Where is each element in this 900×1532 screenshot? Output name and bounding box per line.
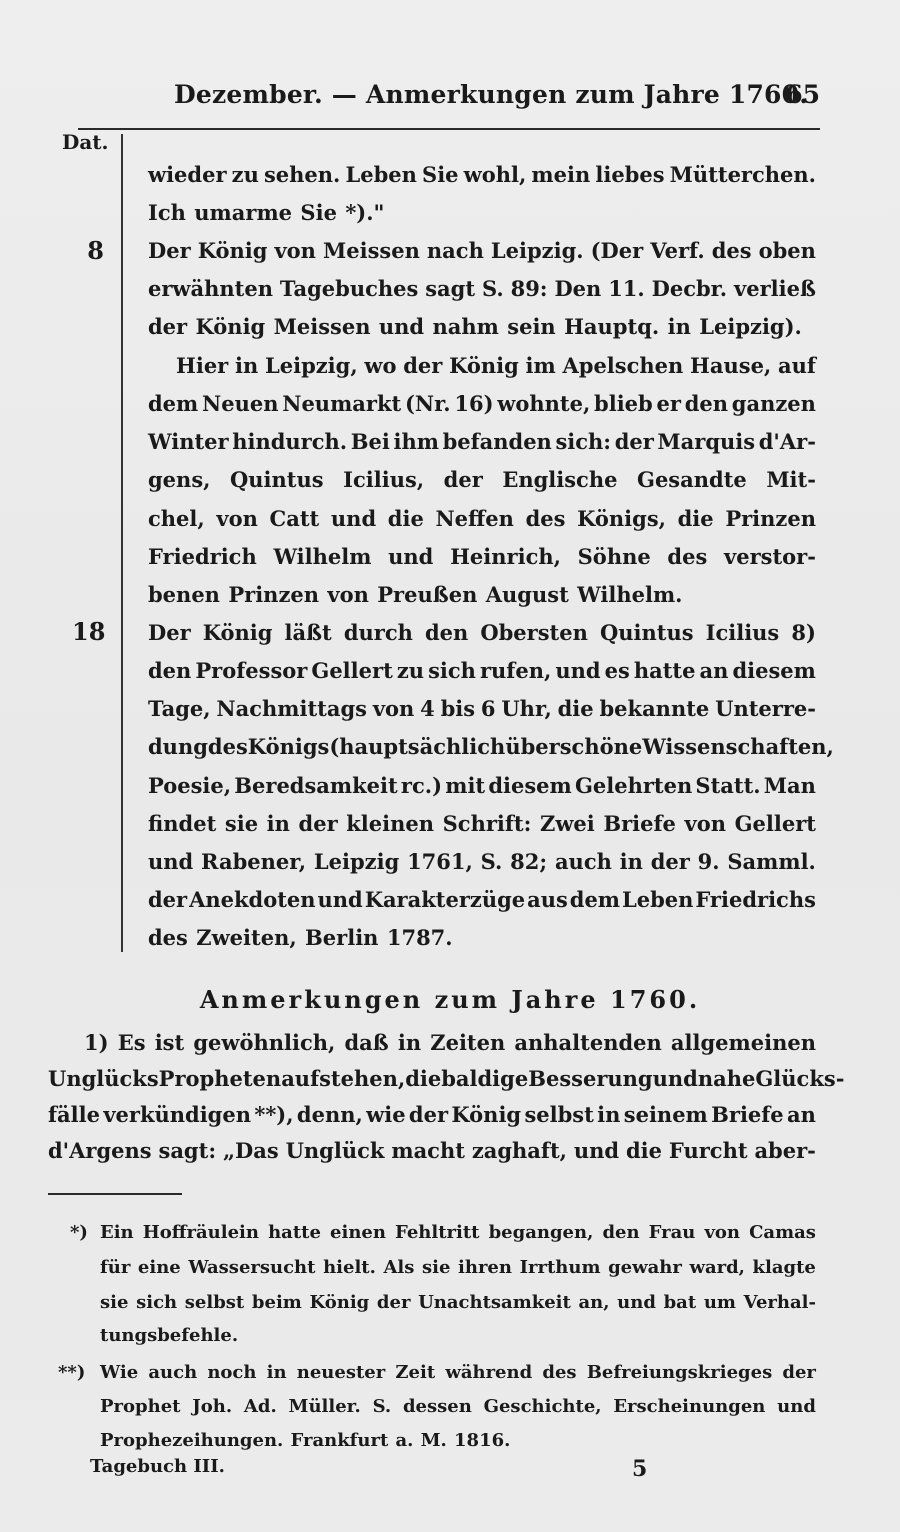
word: findet — [148, 811, 216, 836]
word: hatte — [268, 1222, 321, 1243]
word: sich: — [555, 429, 611, 454]
word: von — [327, 582, 368, 607]
text-line: demNeuenNeumarkt(Nr.16)wohnte,blieberden… — [148, 391, 816, 427]
word: König — [203, 620, 273, 645]
word: König — [451, 1102, 521, 1127]
word: hindurch. — [232, 429, 347, 454]
word: Winter — [148, 429, 229, 454]
word: Meissen — [323, 238, 420, 263]
word: und — [318, 887, 363, 912]
word: Müller. — [289, 1396, 361, 1417]
word: wohnte, — [497, 391, 590, 416]
word: Friedrich — [148, 544, 257, 569]
word: Verhal- — [744, 1292, 816, 1313]
header-rule — [78, 128, 820, 130]
word: Briefe — [603, 811, 676, 836]
word: diesem — [488, 773, 571, 798]
word: und — [777, 1396, 816, 1417]
word: Briefe — [711, 1102, 784, 1127]
word: gewahr — [608, 1257, 682, 1278]
word: rc.) — [401, 773, 442, 798]
word: Prophezeihungen. — [100, 1430, 283, 1451]
word: Sie — [300, 200, 337, 225]
word: an, — [578, 1292, 609, 1313]
footnote-line: ProphetJoh.Ad.Müller.S.dessenGeschichte,… — [100, 1396, 816, 1426]
word: verkündigen — [103, 1102, 251, 1127]
word: der — [651, 849, 690, 874]
word: sie — [100, 1292, 128, 1313]
word: Hoffräulein — [143, 1222, 259, 1243]
footnote-line: tungsbefehle. — [100, 1325, 816, 1355]
word: noch — [207, 1362, 256, 1383]
word: und — [555, 658, 600, 683]
text-line: wiederzusehen.LebenSiewohl,meinliebesMüt… — [148, 162, 816, 198]
text-line: benenPrinzenvonPreußenAugustWilhelm. — [148, 582, 816, 618]
section-title: Anmerkungen zum Jahre 1760. — [0, 985, 900, 1014]
word: den — [685, 391, 728, 416]
word: 16) — [454, 391, 493, 416]
word: sehen. — [264, 162, 340, 187]
word: seinem — [624, 1102, 708, 1127]
word: bat — [664, 1292, 697, 1313]
word: Gellert — [735, 811, 816, 836]
word: allgemeinen — [671, 1030, 816, 1055]
word: Preußen — [377, 582, 477, 607]
word: ward, — [689, 1257, 745, 1278]
word: der — [782, 1362, 816, 1383]
word: Hauptq. — [564, 314, 659, 339]
word: nahe — [698, 1066, 756, 1091]
word: (Der — [591, 238, 644, 263]
word: Tage, — [148, 696, 211, 721]
word: Poesie, — [148, 773, 231, 798]
word: diesem — [732, 658, 815, 683]
word: auch — [148, 1362, 197, 1383]
word: die — [388, 506, 424, 531]
word: Leben — [622, 887, 693, 912]
word: hielt. — [323, 1257, 376, 1278]
word: in — [235, 353, 258, 378]
word: und — [148, 849, 193, 874]
word: d'Argens — [48, 1138, 152, 1163]
word: der — [409, 1102, 448, 1127]
word: Schrift: — [443, 811, 532, 836]
word: Wissenschaften, — [642, 734, 834, 759]
word: Berlin — [305, 925, 378, 950]
word: für — [100, 1257, 130, 1278]
word: Befreiungskrieges — [587, 1362, 773, 1383]
word: rufen, — [480, 658, 551, 683]
word: Hier — [176, 353, 228, 378]
text-line: FriedrichWilhelmundHeinrich,Söhnedesvers… — [148, 544, 816, 580]
word: Anekdoten — [189, 887, 316, 912]
word: Tagebuches — [280, 276, 418, 301]
word: beim — [252, 1292, 302, 1313]
word: Joh. — [192, 1396, 232, 1417]
word: von — [274, 238, 315, 263]
word: 82; — [510, 849, 547, 874]
word: Prinzen — [725, 506, 816, 531]
word: Decbr. — [652, 276, 728, 301]
word: aus — [527, 887, 568, 912]
word: Obersten — [480, 620, 588, 645]
printer-signature: Tagebuch III. — [90, 1456, 225, 1477]
word: läßt — [285, 620, 332, 645]
word: gens, — [148, 467, 210, 492]
word: nahm — [433, 314, 499, 339]
word: Zwei — [540, 811, 595, 836]
word: wie — [366, 1102, 405, 1127]
word: Ein — [100, 1222, 134, 1243]
word: erwähnten — [148, 276, 273, 301]
word: tungsbefehle. — [100, 1325, 238, 1346]
word: der — [377, 1292, 411, 1313]
word: Der — [148, 238, 191, 263]
word: mit — [445, 773, 485, 798]
text-line: desZweiten,Berlin1787. — [148, 925, 816, 961]
word: sie — [422, 1257, 450, 1278]
word: Wassersucht — [188, 1257, 315, 1278]
word: die — [678, 506, 714, 531]
word: Frau — [649, 1222, 696, 1243]
word: Leben — [345, 162, 416, 187]
date-column-label: Dat. — [62, 130, 109, 154]
word: Quintus — [600, 620, 694, 645]
word: „Das — [223, 1138, 279, 1163]
text-line: Poesie,Beredsamkeitrc.)mitdiesemGelehrte… — [148, 773, 816, 809]
word: Verf. — [650, 238, 704, 263]
word: auf — [778, 353, 816, 378]
word: Ich — [148, 200, 186, 225]
footnote-line: EinHoffräuleinhatteeinenFehltrittbegange… — [100, 1222, 816, 1252]
word: Mütterchen. — [670, 162, 816, 187]
word: von — [373, 696, 414, 721]
word: macht — [391, 1138, 465, 1163]
text-line: 1)Esistgewöhnlich,daßinZeitenanhaltenden… — [84, 1030, 816, 1066]
word: selbst — [524, 1102, 593, 1127]
word: während — [445, 1362, 532, 1383]
word: Irrthum — [520, 1257, 601, 1278]
word: verließ — [734, 276, 816, 301]
word: Söhne — [578, 544, 651, 569]
text-line: Tage,Nachmittagsvon4bis6Uhr,diebekannteU… — [148, 696, 816, 732]
text-line: DerKönigläßtdurchdenOberstenQuintusIcili… — [148, 620, 816, 656]
word: begangen, — [489, 1222, 594, 1243]
signature-number: 5 — [632, 1456, 647, 1482]
word: Gelehrten — [575, 773, 692, 798]
word: Friedrichs — [695, 887, 816, 912]
word: an — [700, 658, 729, 683]
entry-date: 18 — [72, 617, 104, 646]
word: von — [704, 1222, 740, 1243]
word: liebes — [595, 162, 664, 187]
word: Samml. — [727, 849, 816, 874]
word: ihren — [458, 1257, 512, 1278]
word: dem — [148, 391, 198, 416]
word: Als — [383, 1257, 414, 1278]
text-line: HierinLeipzig,woderKönigimApelschenHause… — [176, 353, 816, 389]
footnote-line: WieauchnochinneuesterZeitwährenddesBefre… — [100, 1362, 816, 1392]
word: dem — [570, 887, 620, 912]
entry-date: 8 — [72, 236, 104, 265]
word: Fehltritt — [395, 1222, 479, 1243]
text-line: UnglücksProphetenaufstehen,diebaldigeBes… — [48, 1066, 816, 1102]
word: Gesandte — [637, 467, 747, 492]
word: denn, — [297, 1102, 363, 1127]
word: wo — [364, 353, 396, 378]
word: neuester — [297, 1362, 385, 1383]
word: und — [617, 1292, 656, 1313]
word: Unglück — [286, 1138, 385, 1163]
word: im — [526, 353, 556, 378]
word: **), — [254, 1102, 293, 1127]
word: verstor- — [724, 544, 816, 569]
word: Zeiten — [430, 1030, 505, 1055]
word: die — [405, 1066, 441, 1091]
word: in — [267, 1362, 287, 1383]
word: Icilius — [706, 620, 780, 645]
word: zu — [397, 658, 424, 683]
running-title: Dezember. — Anmerkungen zum Jahre 1760. — [174, 80, 808, 109]
text-line: DerKönigvonMeissennachLeipzig.(DerVerf.d… — [148, 238, 816, 274]
word: dung — [148, 734, 208, 759]
word: daß — [344, 1030, 388, 1055]
word: von — [216, 506, 257, 531]
word: (hauptsächlich — [329, 734, 505, 759]
word: Sie — [422, 162, 459, 187]
word: klagte — [753, 1257, 816, 1278]
word: Der — [148, 620, 191, 645]
word: ganzen — [732, 391, 816, 416]
word: umarme — [194, 200, 292, 225]
word: hatte — [634, 658, 696, 683]
word: und — [331, 506, 376, 531]
text-line: denProfessorGellertzusichrufen,undeshatt… — [148, 658, 816, 694]
word: kleinen — [346, 811, 434, 836]
word: Man — [764, 773, 816, 798]
date-column-rule — [121, 134, 123, 952]
word: sagt — [425, 276, 475, 301]
word: und — [379, 314, 424, 339]
word: einen — [330, 1222, 386, 1243]
word: ihm — [393, 429, 438, 454]
word: Frankfurt — [291, 1430, 389, 1451]
word: nach — [427, 238, 484, 263]
word: die — [558, 696, 594, 721]
word: Geschichte, — [484, 1396, 602, 1417]
word: Hause, — [690, 353, 771, 378]
word: der — [148, 887, 187, 912]
word: sie — [225, 811, 258, 836]
word: den — [602, 1222, 639, 1243]
word: fälle — [48, 1102, 100, 1127]
word: bekannte — [599, 696, 709, 721]
word: S. — [481, 849, 503, 874]
word: Königs — [248, 734, 330, 759]
footnote-rule — [48, 1193, 182, 1195]
word: Propheten — [159, 1066, 282, 1091]
text-line: erwähntenTagebuchessagtS.89:Den11.Decbr.… — [148, 276, 816, 312]
word: dessen — [403, 1396, 472, 1417]
text-line: findetsieinderkleinenSchrift:ZweiBriefev… — [148, 811, 816, 847]
word: sich — [136, 1292, 177, 1313]
word: Wie — [100, 1362, 138, 1383]
word: Leipzig — [314, 849, 399, 874]
word: Heinrich, — [450, 544, 561, 569]
word: der — [444, 467, 483, 492]
word: Den — [554, 276, 601, 301]
word: 1761, — [407, 849, 473, 874]
text-line: derKönigMeissenundnahmseinHauptq.inLeipz… — [148, 314, 816, 350]
word: befanden — [443, 429, 552, 454]
footnote-mark: *) — [70, 1222, 88, 1243]
word: 9. — [698, 849, 720, 874]
word: S. — [373, 1396, 392, 1417]
word: sein — [507, 314, 555, 339]
word: König — [196, 314, 266, 339]
word: Prophet — [100, 1396, 180, 1417]
word: Leipzig). — [699, 314, 802, 339]
word: des — [148, 925, 188, 950]
word: Leipzig. — [491, 238, 584, 263]
word: Apelschen — [562, 353, 683, 378]
word: Wilhelm. — [577, 582, 682, 607]
word: chel, — [148, 506, 205, 531]
word: M. — [421, 1430, 447, 1451]
word: gewöhnlich, — [193, 1030, 335, 1055]
word: 11. — [608, 276, 645, 301]
word: Königs, — [577, 506, 666, 531]
word: d'Ar- — [759, 429, 816, 454]
text-line: derAnekdotenundKarakterzügeausdemLebenFr… — [148, 887, 816, 923]
word: Besserung — [528, 1066, 652, 1091]
text-line: Winterhindurch.Beiihmbefandensich:derMar… — [148, 429, 816, 465]
word: 6 — [481, 696, 496, 721]
word: 1816. — [454, 1430, 510, 1451]
word: Marquis — [657, 429, 755, 454]
word: 1) — [84, 1030, 109, 1055]
word: bis — [441, 696, 475, 721]
word: blieb — [594, 391, 653, 416]
word: sagt: — [159, 1138, 217, 1163]
word: an — [787, 1102, 816, 1127]
text-line: IchumarmeSie*)." — [148, 200, 816, 236]
word: in — [267, 811, 290, 836]
footnote-mark: **) — [58, 1362, 85, 1383]
word: er — [657, 391, 681, 416]
word: Uhr, — [501, 696, 551, 721]
word: König — [198, 238, 268, 263]
word: aber- — [754, 1138, 815, 1163]
word: durch — [344, 620, 413, 645]
word: Nachmittags — [216, 696, 367, 721]
text-line: fälleverkündigen**),denn,wiederKönigselb… — [48, 1102, 816, 1138]
word: Erscheinungen — [613, 1396, 765, 1417]
word: Statt. — [695, 773, 760, 798]
word: um — [704, 1292, 736, 1313]
word: König — [449, 353, 519, 378]
word: *)." — [345, 200, 384, 225]
word: von — [685, 811, 726, 836]
word: und — [388, 544, 433, 569]
word: August — [486, 582, 569, 607]
word: des — [208, 734, 248, 759]
word: Wilhelm — [273, 544, 371, 569]
word: der — [148, 314, 187, 339]
word: Catt — [270, 506, 320, 531]
text-line: dungdesKönigs(hauptsächlichüberschöneWis… — [148, 734, 816, 770]
word: aufstehen, — [281, 1066, 405, 1091]
word: Furcht — [669, 1138, 748, 1163]
word: in — [620, 849, 643, 874]
word: selbst — [185, 1292, 244, 1313]
word: schöne — [560, 734, 643, 759]
word: zaghaft, — [472, 1138, 567, 1163]
word: Zeit — [395, 1362, 435, 1383]
text-line: gens,QuintusIcilius,derEnglischeGesandte… — [148, 467, 816, 503]
word: in — [597, 1102, 620, 1127]
word: des — [542, 1362, 576, 1383]
word: auch — [555, 849, 612, 874]
word: Prinzen — [228, 582, 319, 607]
word: 1787. — [387, 925, 453, 950]
word: oben — [759, 238, 816, 263]
footnote-line: füreineWassersuchthielt.AlssieihrenIrrth… — [100, 1257, 816, 1287]
word: eine — [138, 1257, 181, 1278]
word: der — [403, 353, 442, 378]
word: mein — [531, 162, 590, 187]
text-line: chel,vonCattunddieNeffendesKönigs,diePri… — [148, 506, 816, 542]
word: zu — [232, 162, 259, 187]
running-head: Dezember. — Anmerkungen zum Jahre 1760. … — [90, 80, 820, 114]
word: Englische — [502, 467, 617, 492]
word: Unglücks — [48, 1066, 159, 1091]
word: Ad. — [244, 1396, 277, 1417]
word: Neffen — [435, 506, 513, 531]
word: des — [712, 238, 752, 263]
word: Leipzig, — [265, 353, 358, 378]
word: König — [309, 1292, 369, 1313]
word: Neuen — [202, 391, 278, 416]
word: baldige — [441, 1066, 528, 1091]
word: wieder — [148, 162, 227, 187]
word: der — [615, 429, 654, 454]
word: 4 — [420, 696, 435, 721]
word: Karakterzüge — [365, 887, 525, 912]
word: wohl, — [464, 162, 527, 187]
word: Professor — [195, 658, 307, 683]
word: 89: — [511, 276, 548, 301]
word: die — [626, 1138, 662, 1163]
word: Camas — [749, 1222, 816, 1243]
book-page: Dezember. — Anmerkungen zum Jahre 1760. … — [0, 0, 900, 1532]
text-line: d'Argenssagt:„DasUnglückmachtzaghaft,und… — [48, 1138, 816, 1174]
word: den — [425, 620, 468, 645]
word: Unachtsamkeit — [418, 1292, 571, 1313]
word: Bei — [351, 429, 390, 454]
word: in — [398, 1030, 421, 1055]
word: Zweiten, — [196, 925, 296, 950]
word: des — [667, 544, 707, 569]
word: den — [148, 658, 191, 683]
word: und — [653, 1066, 698, 1091]
word: anhaltenden — [514, 1030, 661, 1055]
footnote-line: siesichselbstbeimKönigderUnachtsamkeitan… — [100, 1292, 816, 1322]
word: S. — [482, 276, 504, 301]
word: in — [668, 314, 691, 339]
page-number: 65 — [785, 80, 820, 109]
word: Icilius, — [343, 467, 424, 492]
